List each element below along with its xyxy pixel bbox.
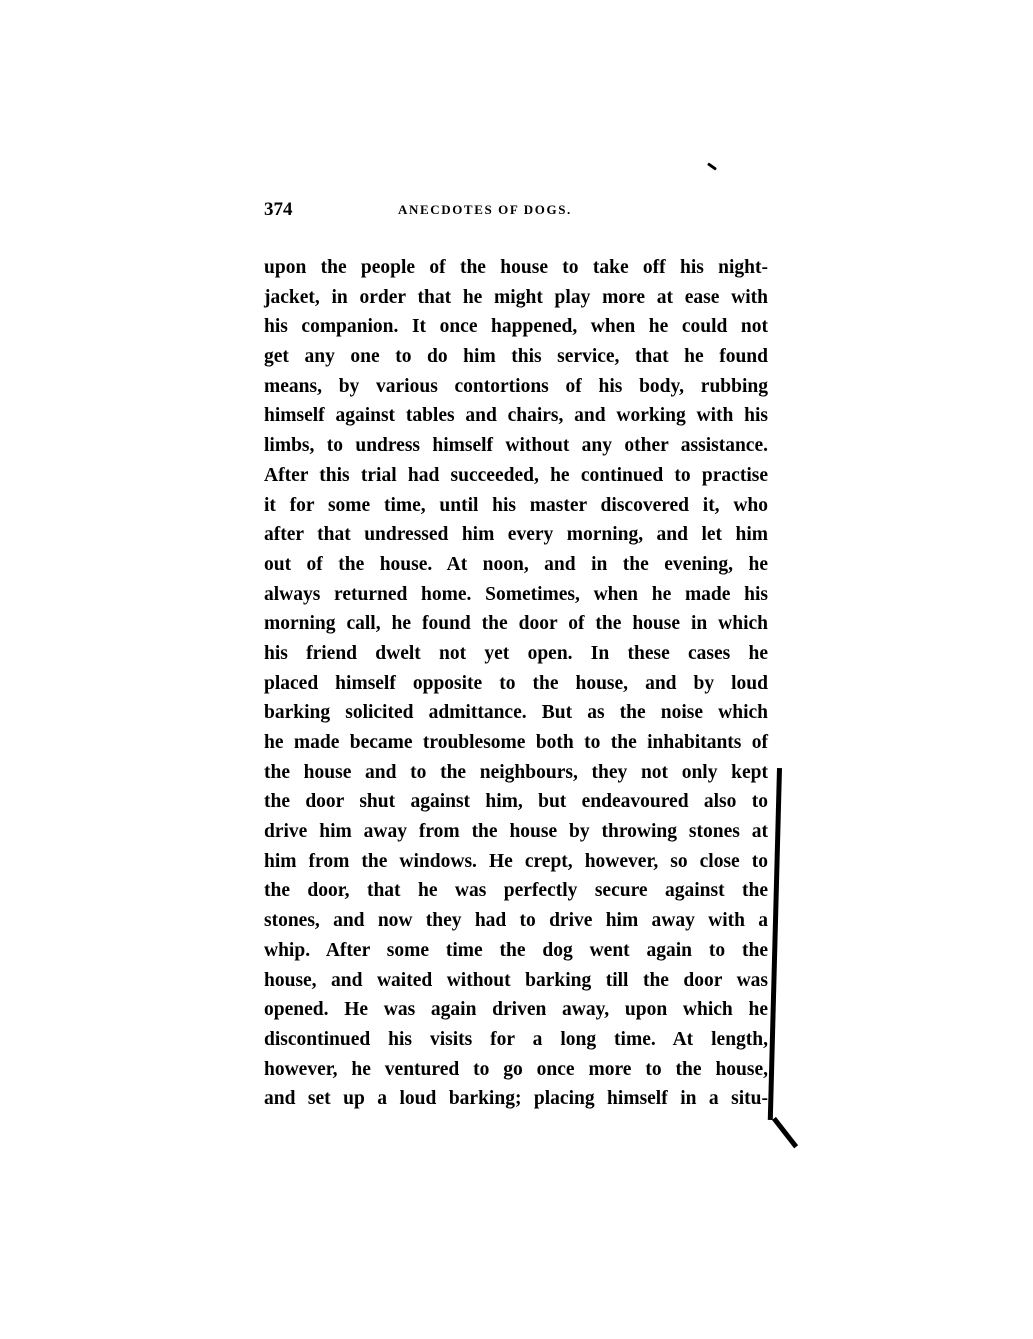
text-line: him from the windows. He crept, however,… (264, 847, 768, 877)
text-line: he made became troublesome both to the i… (264, 728, 768, 758)
text-line: himself against tables and chairs, and w… (264, 401, 768, 431)
text-line: discontinued his visits for a long time.… (264, 1025, 768, 1055)
running-head: 374 ANECDOTES OF DOGS. (264, 199, 774, 225)
text-line: opened. He was again driven away, upon w… (264, 995, 768, 1025)
text-line: after that undressed him every morning, … (264, 520, 768, 550)
margin-line (768, 768, 782, 1120)
text-line: morning call, he found the door of the h… (264, 609, 768, 639)
text-line: stones, and now they had to drive him aw… (264, 906, 768, 936)
margin-line-foot (772, 1117, 798, 1148)
text-line: whip. After some time the dog went again… (264, 936, 768, 966)
body-text: upon the people of the house to take off… (264, 253, 768, 1114)
text-line: After this trial had succeeded, he conti… (264, 461, 768, 491)
scan-mark (707, 162, 717, 170)
text-line: the door, that he was perfectly secure a… (264, 876, 768, 906)
book-page: 374 ANECDOTES OF DOGS. upon the people o… (0, 0, 1033, 1339)
text-line: limbs, to undress himself without any ot… (264, 431, 768, 461)
text-line: drive him away from the house by throwin… (264, 817, 768, 847)
page-number: 374 (264, 199, 293, 221)
text-line: placed himself opposite to the house, an… (264, 669, 768, 699)
text-line: jacket, in order that he might play more… (264, 283, 768, 313)
text-line: and set up a loud barking; placing himse… (264, 1084, 768, 1114)
text-line: upon the people of the house to take off… (264, 253, 768, 283)
text-line: his friend dwelt not yet open. In these … (264, 639, 768, 669)
text-line: get any one to do him this service, that… (264, 342, 768, 372)
running-title: ANECDOTES OF DOGS. (398, 202, 572, 218)
text-line: barking solicited admittance. But as the… (264, 698, 768, 728)
text-line: it for some time, until his master disco… (264, 491, 768, 521)
text-line: his companion. It once happened, when he… (264, 312, 768, 342)
text-line: always returned home. Sometimes, when he… (264, 580, 768, 610)
text-line: the house and to the neighbours, they no… (264, 758, 768, 788)
text-line: out of the house. At noon, and in the ev… (264, 550, 768, 580)
text-line: house, and waited without barking till t… (264, 966, 768, 996)
text-line: means, by various contortions of his bod… (264, 372, 768, 402)
text-line: however, he ventured to go once more to … (264, 1055, 768, 1085)
text-line: the door shut against him, but endeavour… (264, 787, 768, 817)
